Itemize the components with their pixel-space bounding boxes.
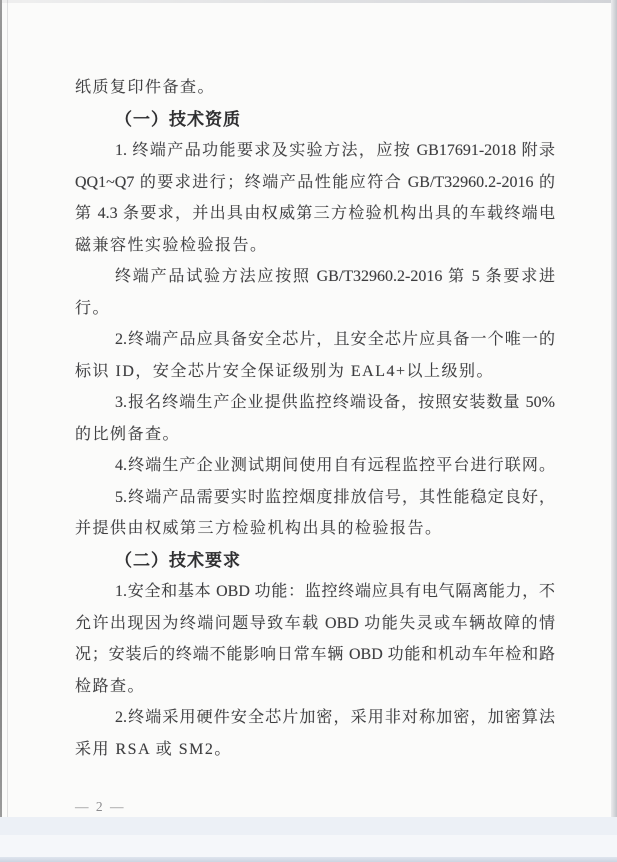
- text-line: 磁兼容性实验检验报告。: [75, 230, 555, 262]
- scanned-document-page: 纸质复印件备查。 （一）技术资质 1. 终端产品功能要求及实验方法，应按 GB1…: [0, 0, 617, 862]
- page-left-crease: [7, 0, 8, 862]
- text-line: 2.终端产品应具备安全芯片，且安全芯片应具备一个唯一的: [75, 324, 555, 356]
- text-line: 5.终端产品需要实时监控烟度排放信号，其性能稳定良好，: [75, 482, 555, 514]
- text-line: 况；安装后的终端不能影响日常车辆 OBD 功能和机动车年检和路: [75, 639, 555, 671]
- page-left-edge: [0, 0, 2, 862]
- text-line: 1. 终端产品功能要求及实验方法，应按 GB17691-2018 附录: [75, 135, 555, 167]
- text-line: QQ1~Q7 的要求进行；终端产品性能应符合 GB/T32960.2-2016 …: [75, 167, 555, 199]
- text-line: 第 4.3 条要求，并出具由权威第三方检验机构出具的车载终端电: [75, 198, 555, 230]
- text-line: 并提供由权威第三方检验机构出具的检验报告。: [75, 513, 555, 545]
- page-top-edge: [0, 0, 617, 3]
- document-body: 纸质复印件备查。 （一）技术资质 1. 终端产品功能要求及实验方法，应按 GB1…: [75, 72, 555, 765]
- page-number: — 2 —: [75, 799, 126, 815]
- text-line: 采用 RSA 或 SM2。: [75, 734, 555, 766]
- text-line: 1.安全和基本 OBD 功能：监控终端应具有电气隔离能力，不: [75, 576, 555, 608]
- text-line: 4.终端生产企业测试期间使用自有远程监控平台进行联网。: [75, 450, 555, 482]
- text-line: 终端产品试验方法应按照 GB/T32960.2-2016 第 5 条要求进: [75, 261, 555, 293]
- text-line: 检路查。: [75, 671, 555, 703]
- text-line: 行。: [75, 293, 555, 325]
- text-line: 标识 ID，安全芯片安全保证级别为 EAL4+以上级别。: [75, 356, 555, 388]
- page-bottom-shade: [0, 817, 617, 835]
- section-heading: （一）技术资质: [75, 104, 555, 136]
- page-bottom-shade-light: [0, 835, 617, 857]
- text-line: 允许出现因为终端问题导致车载 OBD 功能失灵或车辆故障的情: [75, 608, 555, 640]
- page-right-edge: [611, 0, 617, 862]
- text-line: 的比例备查。: [75, 419, 555, 451]
- text-line: 纸质复印件备查。: [75, 72, 555, 104]
- page-bottom-edge: [0, 857, 617, 862]
- section-heading: （二）技术要求: [75, 545, 555, 577]
- text-line: 2.终端采用硬件安全芯片加密，采用非对称加密，加密算法: [75, 702, 555, 734]
- text-line: 3.报名终端生产企业提供监控终端设备，按照安装数量 50%: [75, 387, 555, 419]
